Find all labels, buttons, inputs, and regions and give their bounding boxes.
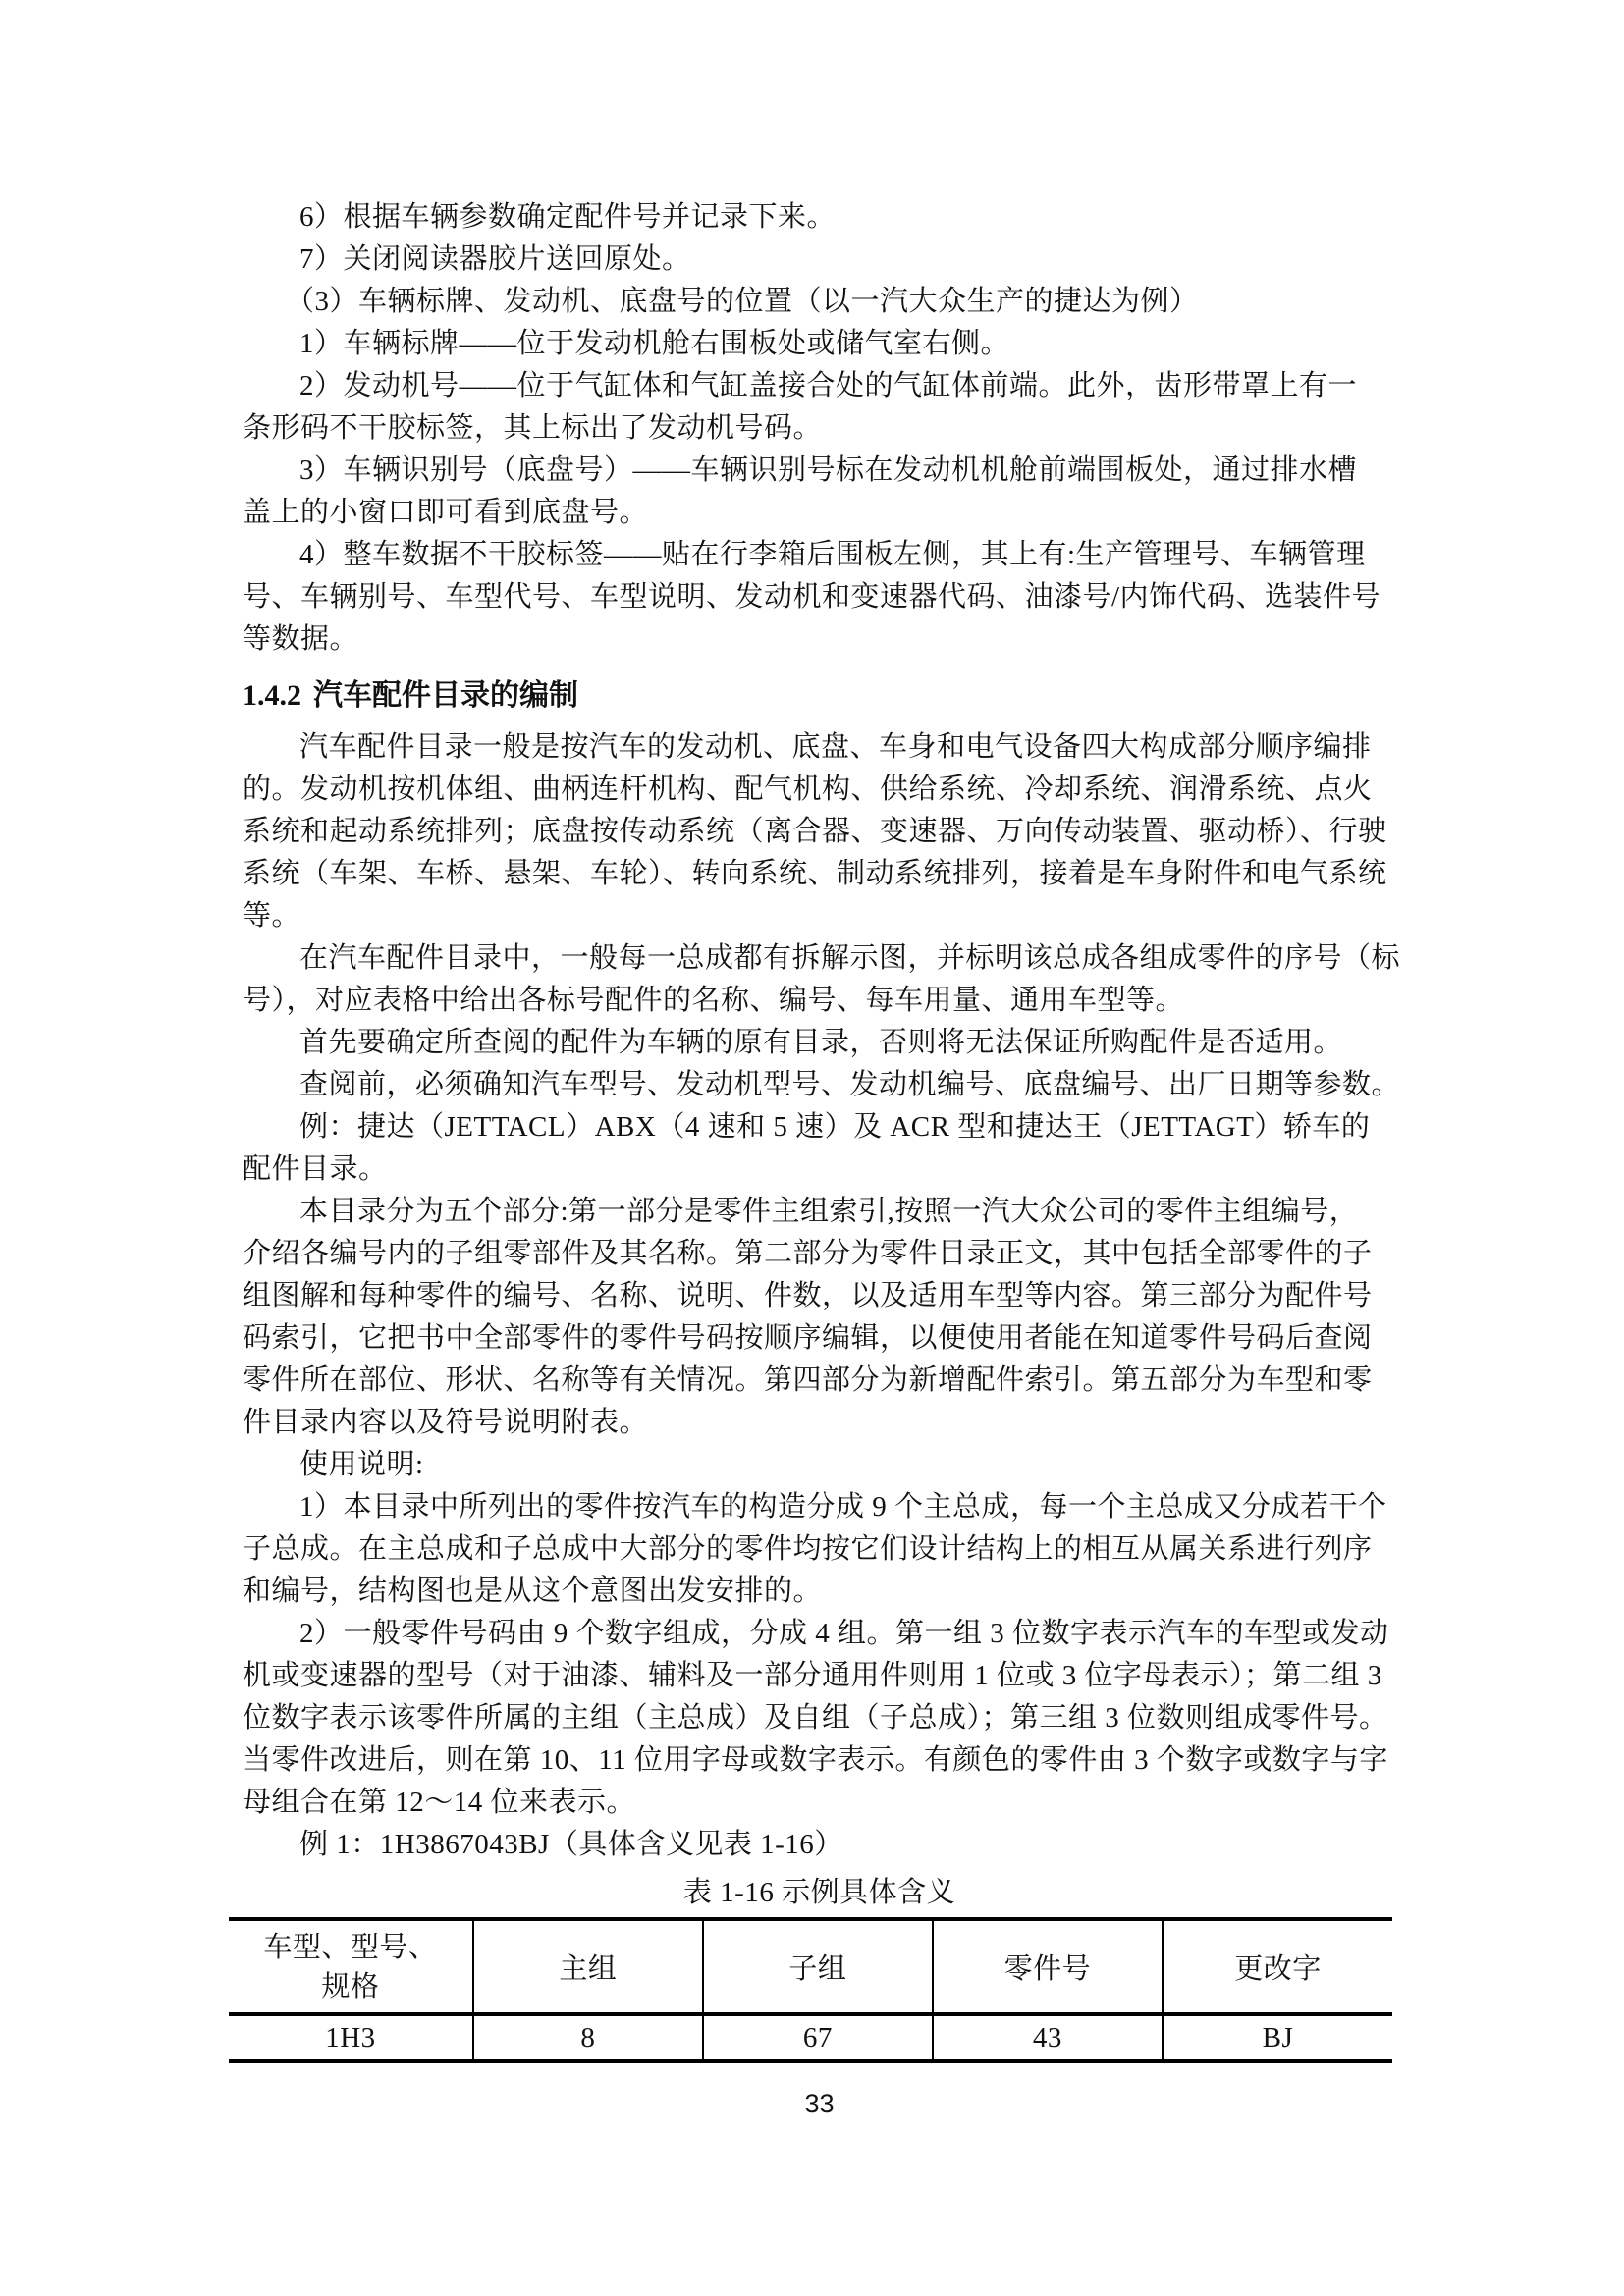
paragraph-line: 介绍各编号内的子组零部件及其名称。第二部分为零件目录正文，其中包括全部零件的子 — [243, 1233, 1396, 1275]
paragraph-line: 组图解和每种零件的编号、名称、说明、件数，以及适用车型等内容。第三部分为配件号 — [243, 1275, 1396, 1317]
cell-sub-group: 67 — [703, 2014, 933, 2061]
table-header-main-group: 主组 — [473, 1919, 703, 2014]
paragraph-line: 位数字表示该零件所属的主组（主总成）及自组（子总成）；第三组 3 位数则组成零件… — [243, 1697, 1396, 1739]
table-1-16: 车型、型号、 规格 主组 子组 零件号 更改字 1H3 8 67 43 BJ — [229, 1917, 1392, 2063]
paragraph-line: 在汽车配件目录中，一般每一总成都有拆解示图，并标明该总成各组成零件的序号（标 — [243, 937, 1396, 980]
cell-main-group: 8 — [473, 2014, 703, 2061]
paragraph-line: 件目录内容以及符号说明附表。 — [243, 1402, 1396, 1444]
paragraph-line: 零件所在部位、形状、名称等有关情况。第四部分为新增配件索引。第五部分为车型和零 — [243, 1360, 1396, 1402]
paragraph-line: 系统和起动系统排列；底盘按传动系统（离合器、变速器、万向传动装置、驱动桥）、行驶 — [243, 811, 1396, 853]
list-item-line: （3）车辆标牌、发动机、底盘号的位置（以一汽大众生产的捷达为例） — [243, 281, 1396, 323]
paragraph-line: 和编号，结构图也是从这个意图出发安排的。 — [243, 1571, 1396, 1613]
paragraph-line: 2）一般零件号码由 9 个数字组成，分成 4 组。第一组 3 位数字表示汽车的车… — [243, 1613, 1396, 1655]
list-item-line: 号、车辆别号、车型代号、车型说明、发动机和变速器代码、油漆号/内饰代码、选装件号 — [243, 576, 1396, 618]
table-header-model: 车型、型号、 规格 — [229, 1919, 473, 2014]
paragraph-line: 等。 — [243, 895, 1396, 937]
paragraph-line: 母组合在第 12～14 位来表示。 — [243, 1782, 1396, 1824]
document-page: 6）根据车辆参数确定配件号并记录下来。 7）关闭阅读器胶片送回原处。 （3）车辆… — [0, 0, 1624, 2296]
paragraph-line: 1）本目录中所列出的零件按汽车的构造分成 9 个主总成，每一个主总成又分成若干个 — [243, 1486, 1396, 1528]
paragraph-line: 的。发动机按机体组、曲柄连杆机构、配气机构、供给系统、冷却系统、润滑系统、点火 — [243, 769, 1396, 811]
table-header-change-code: 更改字 — [1163, 1919, 1392, 2014]
paragraph-line: 汽车配件目录一般是按汽车的发动机、底盘、车身和电气设备四大构成部分顺序编排 — [243, 726, 1396, 769]
paragraph-line: 使用说明: — [243, 1444, 1396, 1486]
paragraph-line: 配件目录。 — [243, 1148, 1396, 1191]
list-item-line: 等数据。 — [243, 618, 1396, 661]
paragraph-line: 码索引，它把书中全部零件的零件号码按顺序编辑，以便使用者能在知道零件号码后查阅 — [243, 1317, 1396, 1360]
paragraph-line: 子总成。在主总成和子总成中大部分的零件均按它们设计结构上的相互从属关系进行列序 — [243, 1528, 1396, 1571]
paragraph-line: 本目录分为五个部分:第一部分是零件主组索引,按照一汽大众公司的零件主组编号， — [243, 1191, 1396, 1233]
page-number: 33 — [243, 2089, 1396, 2119]
paragraph-line: 系统（车架、车桥、悬架、车轮）、转向系统、制动系统排列，接着是车身附件和电气系统 — [243, 853, 1396, 895]
section-heading-number: 1.4.2 — [243, 679, 301, 712]
paragraph-line: 例：捷达（JETTACL）ABX（4 速和 5 速）及 ACR 型和捷达王（JE… — [243, 1106, 1396, 1148]
table-header-model-line1: 车型、型号、 — [229, 1928, 472, 1967]
table-caption: 表 1-16 示例具体含义 — [243, 1872, 1396, 1914]
paragraph-line: 当零件改进后，则在第 10、11 位用字母或数字表示。有颜色的零件由 3 个数字… — [243, 1739, 1396, 1782]
list-item-line: 条形码不干胶标签，其上标出了发动机号码。 — [243, 407, 1396, 450]
list-item-line: 盖上的小窗口即可看到底盘号。 — [243, 492, 1396, 534]
paragraph-line: 查阅前，必须确知汽车型号、发动机型号、发动机编号、底盘编号、出厂日期等参数。 — [243, 1064, 1396, 1106]
paragraph-line: 号），对应表格中给出各标号配件的名称、编号、每车用量、通用车型等。 — [243, 980, 1396, 1022]
list-item-line: 7）关闭阅读器胶片送回原处。 — [243, 239, 1396, 281]
cell-change-code: BJ — [1163, 2014, 1392, 2061]
table-header-sub-group: 子组 — [703, 1919, 933, 2014]
table-header-model-line2: 规格 — [229, 1967, 472, 2006]
paragraph-line: 首先要确定所查阅的配件为车辆的原有目录，否则将无法保证所购配件是否适用。 — [243, 1022, 1396, 1064]
table-row: 1H3 8 67 43 BJ — [229, 2014, 1392, 2061]
list-item-line: 3）车辆识别号（底盘号）——车辆识别号标在发动机机舱前端围板处，通过排水槽 — [243, 450, 1396, 492]
list-item-line: 2）发动机号——位于气缸体和气缸盖接合处的气缸体前端。此外，齿形带罩上有一 — [243, 365, 1396, 407]
paragraph-line: 例 1：1H3867043BJ（具体含义见表 1-16） — [243, 1824, 1396, 1866]
cell-part-number: 43 — [933, 2014, 1163, 2061]
cell-model: 1H3 — [229, 2014, 473, 2061]
list-item-line: 6）根据车辆参数确定配件号并记录下来。 — [243, 196, 1396, 239]
table-header-row: 车型、型号、 规格 主组 子组 零件号 更改字 — [229, 1919, 1392, 2014]
section-heading-title: 汽车配件目录的编制 — [313, 679, 578, 712]
section-heading: 1.4.2汽车配件目录的编制 — [243, 674, 1396, 717]
list-item-line: 1）车辆标牌——位于发动机舱右围板处或储气室右侧。 — [243, 323, 1396, 365]
list-item-line: 4）整车数据不干胶标签——贴在行李箱后围板左侧，其上有:生产管理号、车辆管理 — [243, 534, 1396, 576]
paragraph-line: 机或变速器的型号（对于油漆、辅料及一部分通用件则用 1 位或 3 位字母表示）；… — [243, 1655, 1396, 1697]
table-header-part-number: 零件号 — [933, 1919, 1163, 2014]
